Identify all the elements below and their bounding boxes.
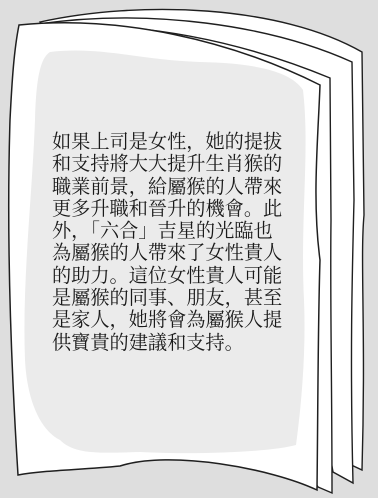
text-line: 如果上司是女性，她的提拔 — [52, 131, 292, 153]
text-line: 為屬猴的人帶來了女性貴人 — [52, 242, 292, 264]
text-line: 外，「六合」吉星的光臨也 — [52, 220, 292, 242]
text-line: 是屬猴的同事、朋友，甚至 — [52, 287, 292, 309]
paper-stack-illustration: 如果上司是女性，她的提拔 和支持將大大提升生肖猴的 職業前景，給屬猴的人帶來 更… — [0, 0, 378, 498]
text-line: 的助力。這位女性貴人可能 — [52, 265, 292, 287]
text-line: 是家人，她將會為屬猴人提 — [52, 309, 292, 331]
body-text: 如果上司是女性，她的提拔 和支持將大大提升生肖猴的 職業前景，給屬猴的人帶來 更… — [52, 131, 292, 354]
text-line: 供寶貴的建議和支持。 — [52, 332, 292, 354]
text-line: 更多升職和晉升的機會。此 — [52, 198, 292, 220]
text-line: 職業前景，給屬猴的人帶來 — [52, 176, 292, 198]
text-line: 和支持將大大提升生肖猴的 — [52, 153, 292, 175]
